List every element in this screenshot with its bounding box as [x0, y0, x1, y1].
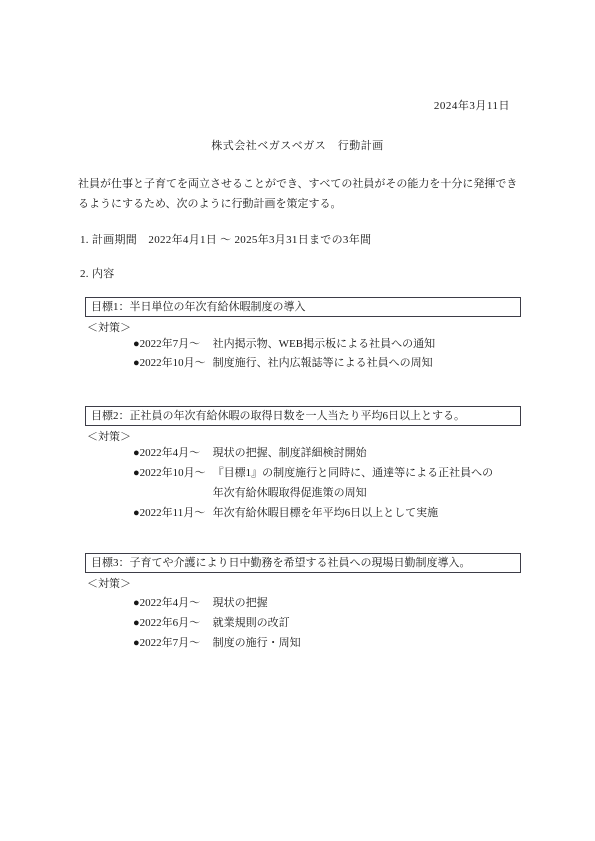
document-page: 2024年3月11日 株式会社ベガスベガス 行動計画 社員が仕事と子育てを両立さ…	[0, 0, 595, 841]
item-description: 制度の施行・周知	[213, 633, 525, 653]
goal-1-box: 目標1：半日単位の年次有給休暇制度の導入	[85, 297, 521, 317]
goal-2-item-1: ● 2022年4月～ 現状の把握、制度詳細検討開始	[133, 443, 525, 463]
bullet-icon: ●	[133, 463, 140, 483]
bullet-icon: ●	[133, 503, 140, 523]
item-date: 2022年4月～	[140, 443, 213, 463]
item-description: 就業規則の改訂	[213, 613, 525, 633]
item-description: 制度施行、社内広報誌等による社員への周知	[213, 353, 525, 373]
item-date: 2022年6月～	[140, 613, 213, 633]
goal-3-box: 目標3：子育てや介護により日中勤務を希望する社員への現場日勤制度導入。	[85, 553, 521, 573]
intro-paragraph: 社員が仕事と子育てを両立させることができ、すべての社員がその能力を十分に発揮でき…	[78, 174, 522, 214]
item-date: 2022年7月～	[140, 633, 213, 653]
goal-1-measures-label: ＜対策＞	[87, 319, 131, 335]
goal-2-heading: 目標2：正社員の年次有給休暇の取得日数を一人当たり平均6日以上とする。	[91, 410, 465, 422]
goal-2-item-3: ● 2022年11月～ 年次有給休暇目標を年平均6日以上として実施	[133, 503, 525, 523]
item-date: 2022年4月～	[140, 593, 213, 613]
item-date: 2022年11月～	[140, 503, 213, 523]
goal-1-heading: 目標1：半日単位の年次有給休暇制度の導入	[91, 301, 306, 313]
goal-3-heading: 目標3：子育てや介護により日中勤務を希望する社員への現場日勤制度導入。	[91, 557, 471, 569]
document-title: 株式会社ベガスベガス 行動計画	[0, 137, 595, 153]
item-description: 社内掲示物、WEB掲示板による社員への通知	[213, 334, 525, 354]
bullet-icon: ●	[133, 613, 140, 633]
bullet-icon: ●	[133, 633, 140, 653]
item-description: 『目標1』の制度施行と同時に、通達等による正社員への年次有給休暇取得促進策の周知	[213, 463, 525, 503]
goal-1-item-1: ● 2022年7月～ 社内掲示物、WEB掲示板による社員への通知	[133, 334, 525, 354]
item-description-line1: 『目標1』の制度施行と同時に、通達等による正社員への	[213, 467, 494, 479]
item-date: 2022年10月～	[140, 463, 213, 483]
goal-3-item-3: ● 2022年7月～ 制度の施行・周知	[133, 633, 525, 653]
goal-1-item-2: ● 2022年10月～ 制度施行、社内広報誌等による社員への周知	[133, 353, 525, 373]
bullet-icon: ●	[133, 353, 140, 373]
goal-3-item-2: ● 2022年6月～ 就業規則の改訂	[133, 613, 525, 633]
document-date: 2024年3月11日	[434, 97, 510, 113]
item-date: 2022年7月～	[140, 334, 213, 354]
item-description: 年次有給休暇目標を年平均6日以上として実施	[213, 503, 525, 523]
goal-3-measures-label: ＜対策＞	[87, 575, 131, 591]
item-description: 現状の把握、制度詳細検討開始	[213, 443, 525, 463]
section-plan-period: 1. 計画期間 2022年4月1日 ～ 2025年3月31日までの3年間	[80, 231, 371, 247]
goal-2-box: 目標2：正社員の年次有給休暇の取得日数を一人当たり平均6日以上とする。	[85, 406, 521, 426]
item-date: 2022年10月～	[140, 353, 213, 373]
bullet-icon: ●	[133, 334, 140, 354]
goal-2-item-2: ● 2022年10月～ 『目標1』の制度施行と同時に、通達等による正社員への年次…	[133, 463, 525, 503]
goal-3-item-1: ● 2022年4月～ 現状の把握	[133, 593, 525, 613]
item-description-line2: 年次有給休暇取得促進策の周知	[213, 483, 525, 503]
goal-2-measures-label: ＜対策＞	[87, 428, 131, 444]
section-content-heading: 2. 内容	[80, 265, 115, 281]
item-description: 現状の把握	[213, 593, 525, 613]
bullet-icon: ●	[133, 443, 140, 463]
bullet-icon: ●	[133, 593, 140, 613]
